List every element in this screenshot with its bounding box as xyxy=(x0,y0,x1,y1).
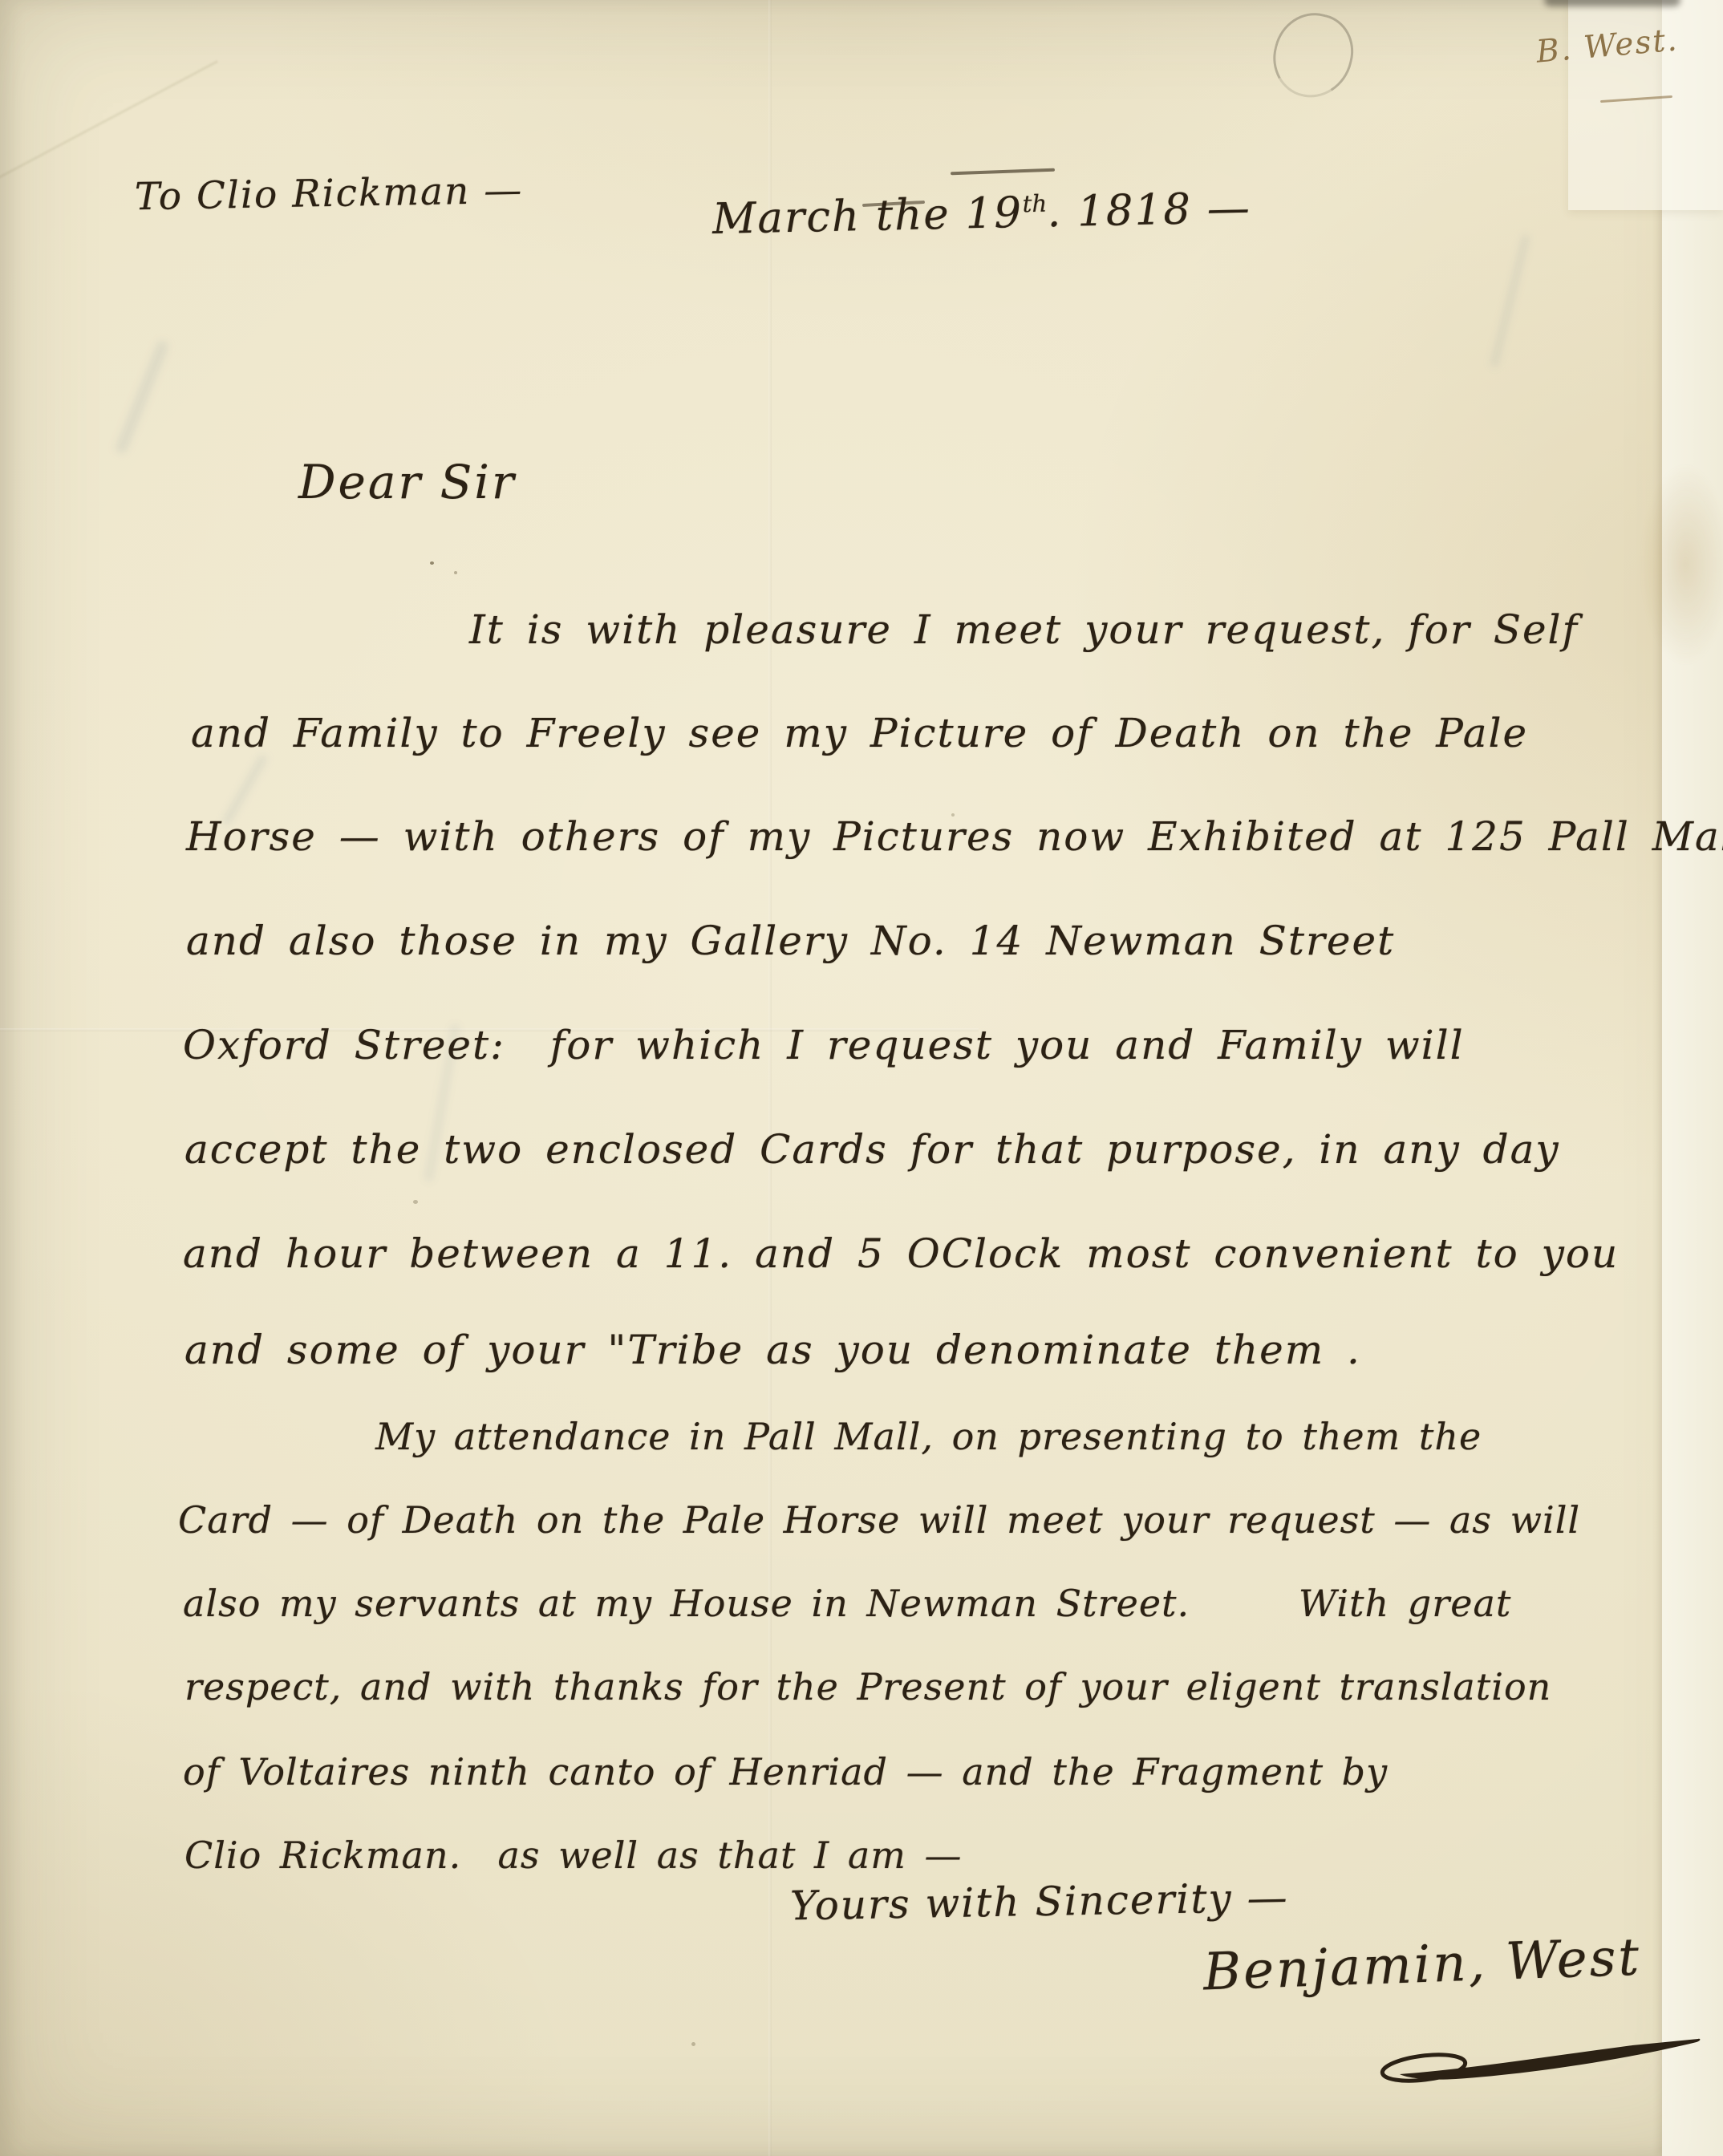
vertical-fold-crease xyxy=(768,0,772,2156)
signature-flourish xyxy=(1368,2021,1713,2093)
letter-line: and hour between a 11. and 5 OClock most… xyxy=(183,1234,1619,1274)
dateline: March the 19th. 1818 — xyxy=(712,187,1252,241)
recipient-note: To Clio Rickman — xyxy=(135,172,524,216)
letter-line: and also those in my Gallery No. 14 Newm… xyxy=(186,921,1395,961)
closing-line: Yours with Sincerity — xyxy=(790,1878,1289,1927)
letter-line: and some of your "Tribe as you denominat… xyxy=(184,1330,1361,1370)
letter-line: My attendance in Pall Mall, on presentin… xyxy=(375,1418,1482,1455)
ink-speck xyxy=(691,2042,695,2046)
dateline-suffix: . 1818 — xyxy=(1047,184,1252,237)
scan-edge-smudge xyxy=(1544,0,1680,6)
letter-line: Card — of Death on the Pale Horse will m… xyxy=(178,1501,1580,1538)
page-edge-strip xyxy=(1662,0,1723,2156)
letter-line: accept the two enclosed Cards for that p… xyxy=(184,1129,1560,1169)
salutation: Dear Sir xyxy=(298,459,517,505)
pencil-circle-mark xyxy=(1265,5,1362,107)
letter-line: of Voltaires ninth canto of Henriad — an… xyxy=(183,1753,1388,1790)
letter-line: respect, and with thanks for the Present… xyxy=(184,1668,1551,1705)
letter-line: It is with pleasure I meet your request,… xyxy=(469,610,1579,650)
ink-bleedthrough xyxy=(114,339,169,455)
ink-speck xyxy=(454,571,457,574)
letter-line: Clio Rickman. as well as that I am — xyxy=(184,1837,963,1874)
pen-stroke xyxy=(951,168,1055,176)
dateline-superscript: th xyxy=(1022,190,1047,218)
ink-speck xyxy=(413,1200,418,1204)
corner-crease xyxy=(0,60,218,183)
letter-line: also my servants at my House in Newman S… xyxy=(183,1585,1511,1622)
letter-page: To Clio Rickman — B. West. March the 19t… xyxy=(0,0,1723,2156)
paper-stain xyxy=(1608,449,1723,738)
letter-line: Horse — with others of my Pictures now E… xyxy=(186,817,1723,857)
signature: Benjamin, West xyxy=(1202,1931,1642,1998)
ink-speck xyxy=(430,561,434,565)
dateline-prefix: March the 19 xyxy=(711,188,1023,244)
letter-line: Oxford Street: for which I request you a… xyxy=(183,1025,1465,1065)
ink-bleedthrough xyxy=(1490,233,1530,367)
letter-line: and Family to Freely see my Picture of D… xyxy=(191,713,1528,753)
